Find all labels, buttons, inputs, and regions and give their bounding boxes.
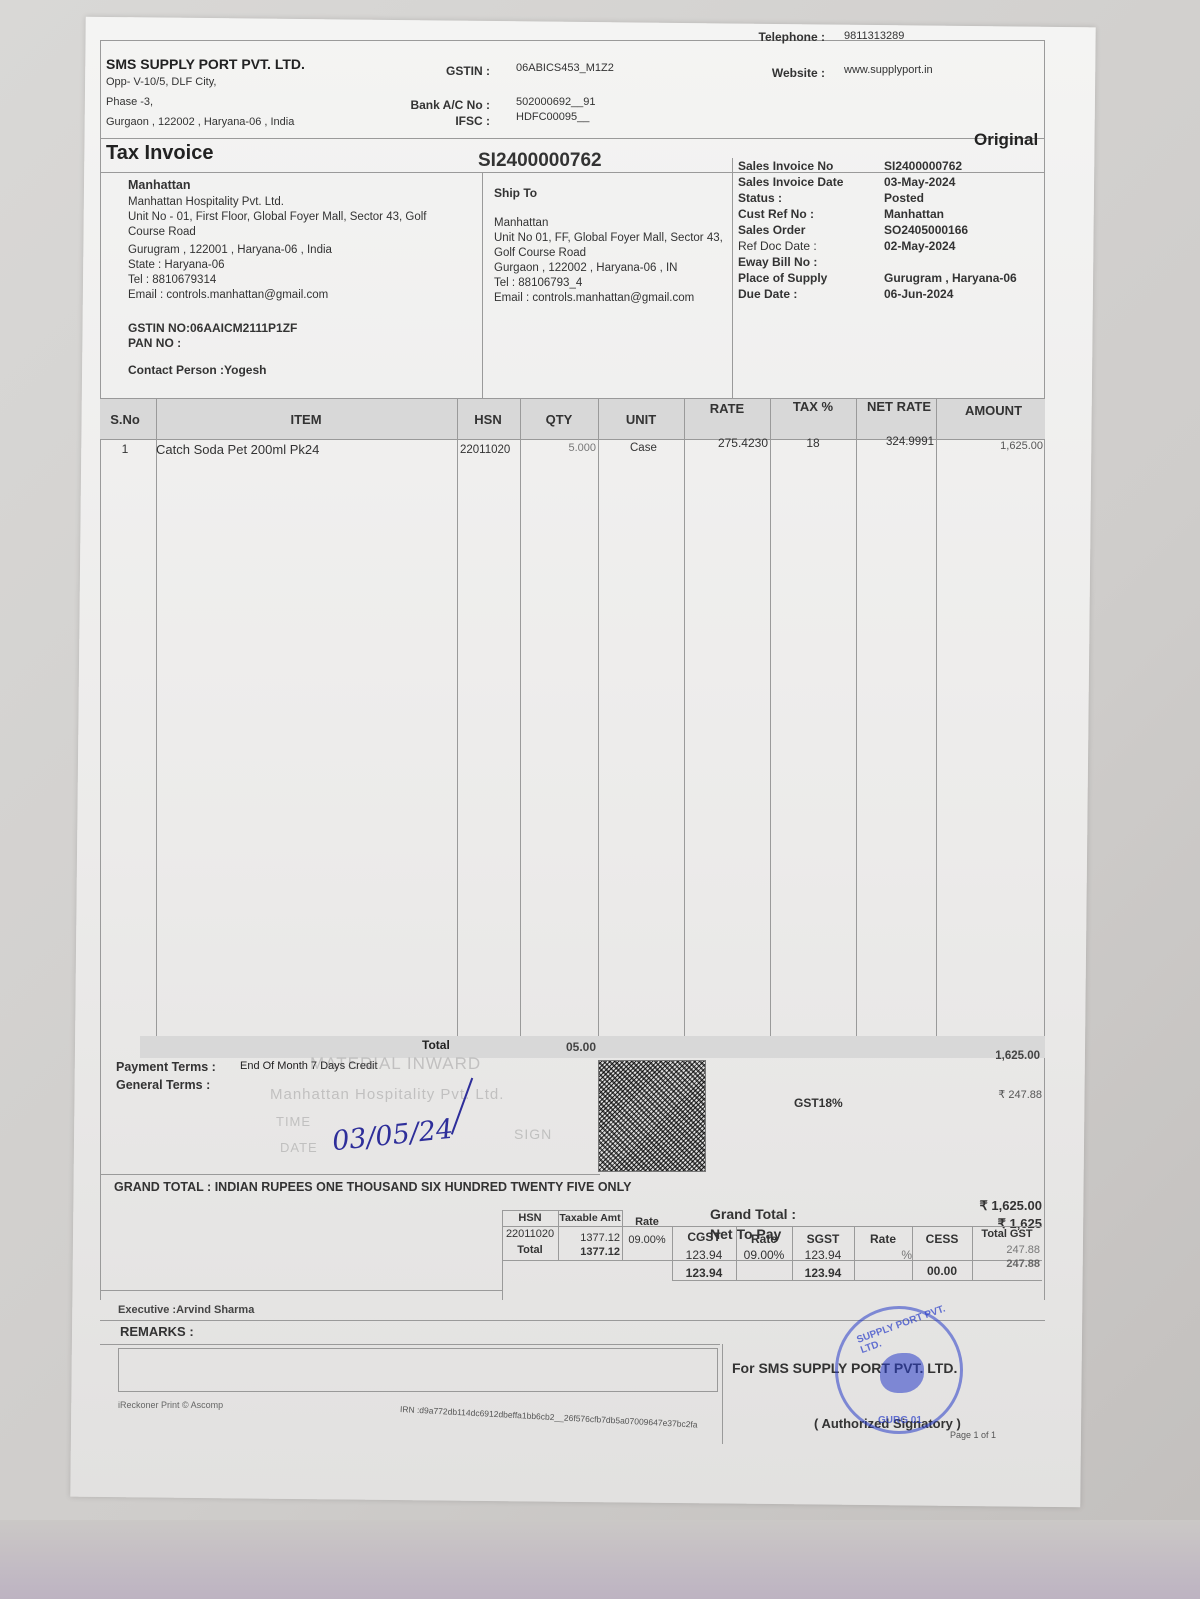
bank-label: Bank A/C No :	[390, 98, 490, 112]
invoice-number-heading: SI2400000762	[478, 150, 602, 172]
telephone-label: Telephone :	[730, 30, 825, 44]
detail-label: Place of Supply	[738, 270, 884, 286]
receipt-stamp-sign: SIGN	[514, 1126, 552, 1142]
cell-rate: 275.4230	[684, 436, 768, 450]
ship-to-line: Unit No 01, FF, Global Foyer Mall, Secto…	[494, 231, 723, 246]
detail-label: Eway Bill No :	[738, 254, 884, 270]
sgst-total: 123.94	[792, 1266, 854, 1280]
ifsc-label: IFSC :	[430, 114, 490, 128]
cess-header: CESS	[912, 1232, 972, 1246]
cell-sno: 1	[100, 442, 150, 456]
total-gst-cell: 247.88	[972, 1244, 1040, 1256]
column-header-rate: RATE	[684, 401, 770, 416]
detail-label: Status :	[738, 190, 884, 206]
seller-address-line: Gurgaon , 122002 , Haryana-06 , India	[106, 116, 294, 128]
receipt-stamp-date: DATE	[280, 1140, 318, 1155]
bill-to-line: Unit No - 01, First Floor, Global Foyer …	[128, 210, 426, 225]
bank-account: 502000692__91	[516, 96, 596, 108]
qr-code[interactable]	[598, 1060, 706, 1172]
divider	[684, 398, 685, 1058]
detail-label: Sales Invoice Date	[738, 174, 884, 190]
website-label: Website :	[730, 66, 825, 80]
cell-hsn: 22011020	[460, 444, 510, 456]
receipt-stamp-title: MATERIAL INWARD	[310, 1054, 481, 1074]
seller-telephone: 9811313289	[844, 30, 904, 42]
remarks-label: REMARKS :	[120, 1324, 194, 1339]
executive-name: Executive :Arvind Sharma	[118, 1304, 254, 1316]
gst-rate-label: GST18%	[794, 1096, 843, 1110]
divider	[936, 398, 937, 1058]
cell-item: Catch Soda Pet 200ml Pk24	[156, 442, 319, 457]
column-header-item: ITEM	[156, 412, 456, 427]
cgst-header: CGST	[672, 1230, 736, 1244]
divider	[722, 1344, 723, 1444]
cell-amount: 1,625.00	[936, 440, 1043, 452]
copy-type: Original	[974, 130, 1038, 150]
sgst-rate-header: Rate	[736, 1232, 792, 1246]
detail-value: SI2400000762	[884, 158, 1044, 174]
general-terms-label: General Terms :	[116, 1078, 210, 1092]
cess-total: 00.00	[912, 1264, 972, 1278]
cgst-cell: 123.94	[672, 1248, 736, 1262]
bill-to-line: Tel : 8810679314	[128, 273, 426, 288]
detail-value: SO2405000166	[884, 222, 1044, 238]
payment-terms-label: Payment Terms :	[116, 1060, 216, 1074]
cgst-rate-header: Rate	[622, 1216, 672, 1228]
print-credit: iReckoner Print © Ascomp	[118, 1400, 223, 1410]
ship-to-line: Manhattan	[494, 216, 723, 231]
divider	[520, 398, 521, 1058]
cgst-total: 123.94	[672, 1266, 736, 1280]
taxable-amt-total: 1377.12	[558, 1246, 620, 1258]
divider	[100, 1174, 600, 1175]
ship-to-heading: Ship To	[494, 186, 723, 200]
taxable-amt-cell: 1377.12	[558, 1232, 620, 1244]
hsn-tax-summary-table: HSN Taxable Amt Rate CGST Rate SGST Rate…	[502, 1210, 1042, 1300]
divider	[1044, 40, 1045, 1300]
ship-to-line: Golf Course Road	[494, 246, 723, 261]
detail-value: 06-Jun-2024	[884, 286, 1044, 302]
grand-total-words: GRAND TOTAL : INDIAN RUPEES ONE THOUSAND…	[114, 1180, 631, 1194]
document-title: Tax Invoice	[106, 142, 213, 165]
divider	[457, 398, 458, 1058]
sgst-cell: 123.94	[792, 1248, 854, 1262]
column-header-amount: AMOUNT	[942, 403, 1045, 418]
divider	[482, 172, 483, 398]
contact-person: Contact Person :Yogesh	[128, 363, 426, 378]
cell-net-rate: 324.9991	[856, 436, 934, 448]
cess-rate-cell: %	[854, 1248, 912, 1262]
total-qty: 05.00	[566, 1040, 596, 1054]
items-table-header: S.No ITEM HSN QTY UNIT RATE TAX % NET RA…	[100, 398, 1045, 440]
seller-gstin: 06ABICS453_M1Z2	[516, 62, 614, 74]
detail-value: Posted	[884, 190, 1044, 206]
bill-to-gstin: GSTIN NO:06AAICM2111P1ZF	[128, 321, 426, 336]
bill-to-name: Manhattan	[128, 178, 426, 192]
bill-to-pan: PAN NO :	[128, 336, 426, 351]
taxable-amt-header: Taxable Amt	[558, 1212, 622, 1224]
column-header-sno: S.No	[100, 412, 150, 427]
divider	[598, 398, 599, 1058]
seller-name: SMS SUPPLY PORT PVT. LTD.	[106, 56, 305, 72]
ship-to-line: Email : controls.manhattan@gmail.com	[494, 291, 723, 306]
divider	[100, 138, 1045, 139]
sgst-header: SGST	[792, 1232, 854, 1246]
company-seal-stamp: SUPPLY PORT PVT. LTD. GURG 01	[835, 1306, 963, 1434]
signature-mark	[880, 1353, 924, 1393]
page-indicator: Page 1 of 1	[950, 1430, 996, 1440]
bill-to-line: Gurugram , 122001 , Haryana-06 , India	[128, 243, 426, 258]
column-header-tax: TAX %	[770, 399, 856, 414]
seller-website[interactable]: www.supplyport.in	[844, 64, 933, 76]
hsn-cell: 22011020	[502, 1228, 558, 1240]
cell-qty: 5.000	[520, 442, 596, 454]
column-header-net-rate: NET RATE	[856, 399, 942, 414]
seal-text-bottom: GURG 01	[878, 1415, 922, 1426]
bill-to-line: State : Haryana-06	[128, 258, 426, 273]
remarks-field[interactable]	[118, 1348, 718, 1392]
total-amount: 1,625.00	[960, 1050, 1040, 1062]
divider	[100, 1290, 502, 1291]
column-header-hsn: HSN	[457, 412, 519, 427]
gstin-label: GSTIN :	[430, 64, 490, 78]
sgst-rate-cell: 09.00%	[736, 1248, 792, 1262]
ifsc-code: HDFC00095__	[516, 111, 589, 123]
detail-label: Sales Invoice No	[738, 158, 884, 174]
divider	[100, 1344, 720, 1345]
table-row[interactable]: 1 Catch Soda Pet 200ml Pk24 22011020 5.0…	[100, 442, 1045, 462]
bill-to-line: Email : controls.manhattan@gmail.com	[128, 288, 426, 303]
divider	[856, 398, 857, 1058]
cgst-rate-cell: 09.00%	[622, 1234, 672, 1246]
cell-tax: 18	[770, 436, 856, 450]
ship-to-line: Tel : 88106793_4	[494, 276, 723, 291]
bill-to-line: Manhattan Hospitality Pvt. Ltd.	[128, 195, 426, 210]
column-header-unit: UNIT	[598, 412, 684, 427]
hsn-header: HSN	[502, 1212, 558, 1224]
cell-unit: Case	[630, 442, 657, 454]
hsn-total-label: Total	[502, 1244, 558, 1256]
ship-to-line: Gurgaon , 122002 , Haryana-06 , IN	[494, 261, 723, 276]
background-surface	[0, 1520, 1200, 1599]
cess-rate-header: Rate	[854, 1232, 912, 1246]
detail-value: Manhattan	[884, 206, 1044, 222]
divider	[100, 40, 101, 1300]
detail-value: 02-May-2024	[884, 238, 1044, 254]
total-gst-header: Total GST	[972, 1228, 1042, 1240]
divider	[770, 398, 771, 1058]
ship-to-block: Ship To Manhattan Unit No 01, FF, Global…	[494, 186, 723, 306]
bill-to-line: Course Road	[128, 225, 426, 240]
detail-value	[884, 254, 1044, 270]
detail-label: Ref Doc Date :	[738, 238, 884, 254]
detail-label: Cust Ref No :	[738, 206, 884, 222]
bill-to-block: Manhattan Manhattan Hospitality Pvt. Ltd…	[128, 178, 426, 378]
total-label: Total	[422, 1038, 450, 1052]
detail-value: 03-May-2024	[884, 174, 1044, 190]
detail-label: Due Date :	[738, 286, 884, 302]
total-gst-total: 247.88	[972, 1258, 1040, 1270]
gst-amount: ₹ 247.88	[960, 1088, 1042, 1101]
detail-value: Gurugram , Haryana-06	[884, 270, 1044, 286]
detail-label: Sales Order	[738, 222, 884, 238]
divider	[156, 398, 157, 1058]
column-header-qty: QTY	[520, 412, 598, 427]
seller-address-line: Phase -3,	[106, 96, 153, 108]
receipt-stamp-time: TIME	[276, 1114, 311, 1129]
divider	[732, 158, 733, 398]
seller-address-line: Opp- V-10/5, DLF City,	[106, 76, 216, 88]
invoice-details: Sales Invoice NoSI2400000762 Sales Invoi…	[738, 158, 1044, 302]
